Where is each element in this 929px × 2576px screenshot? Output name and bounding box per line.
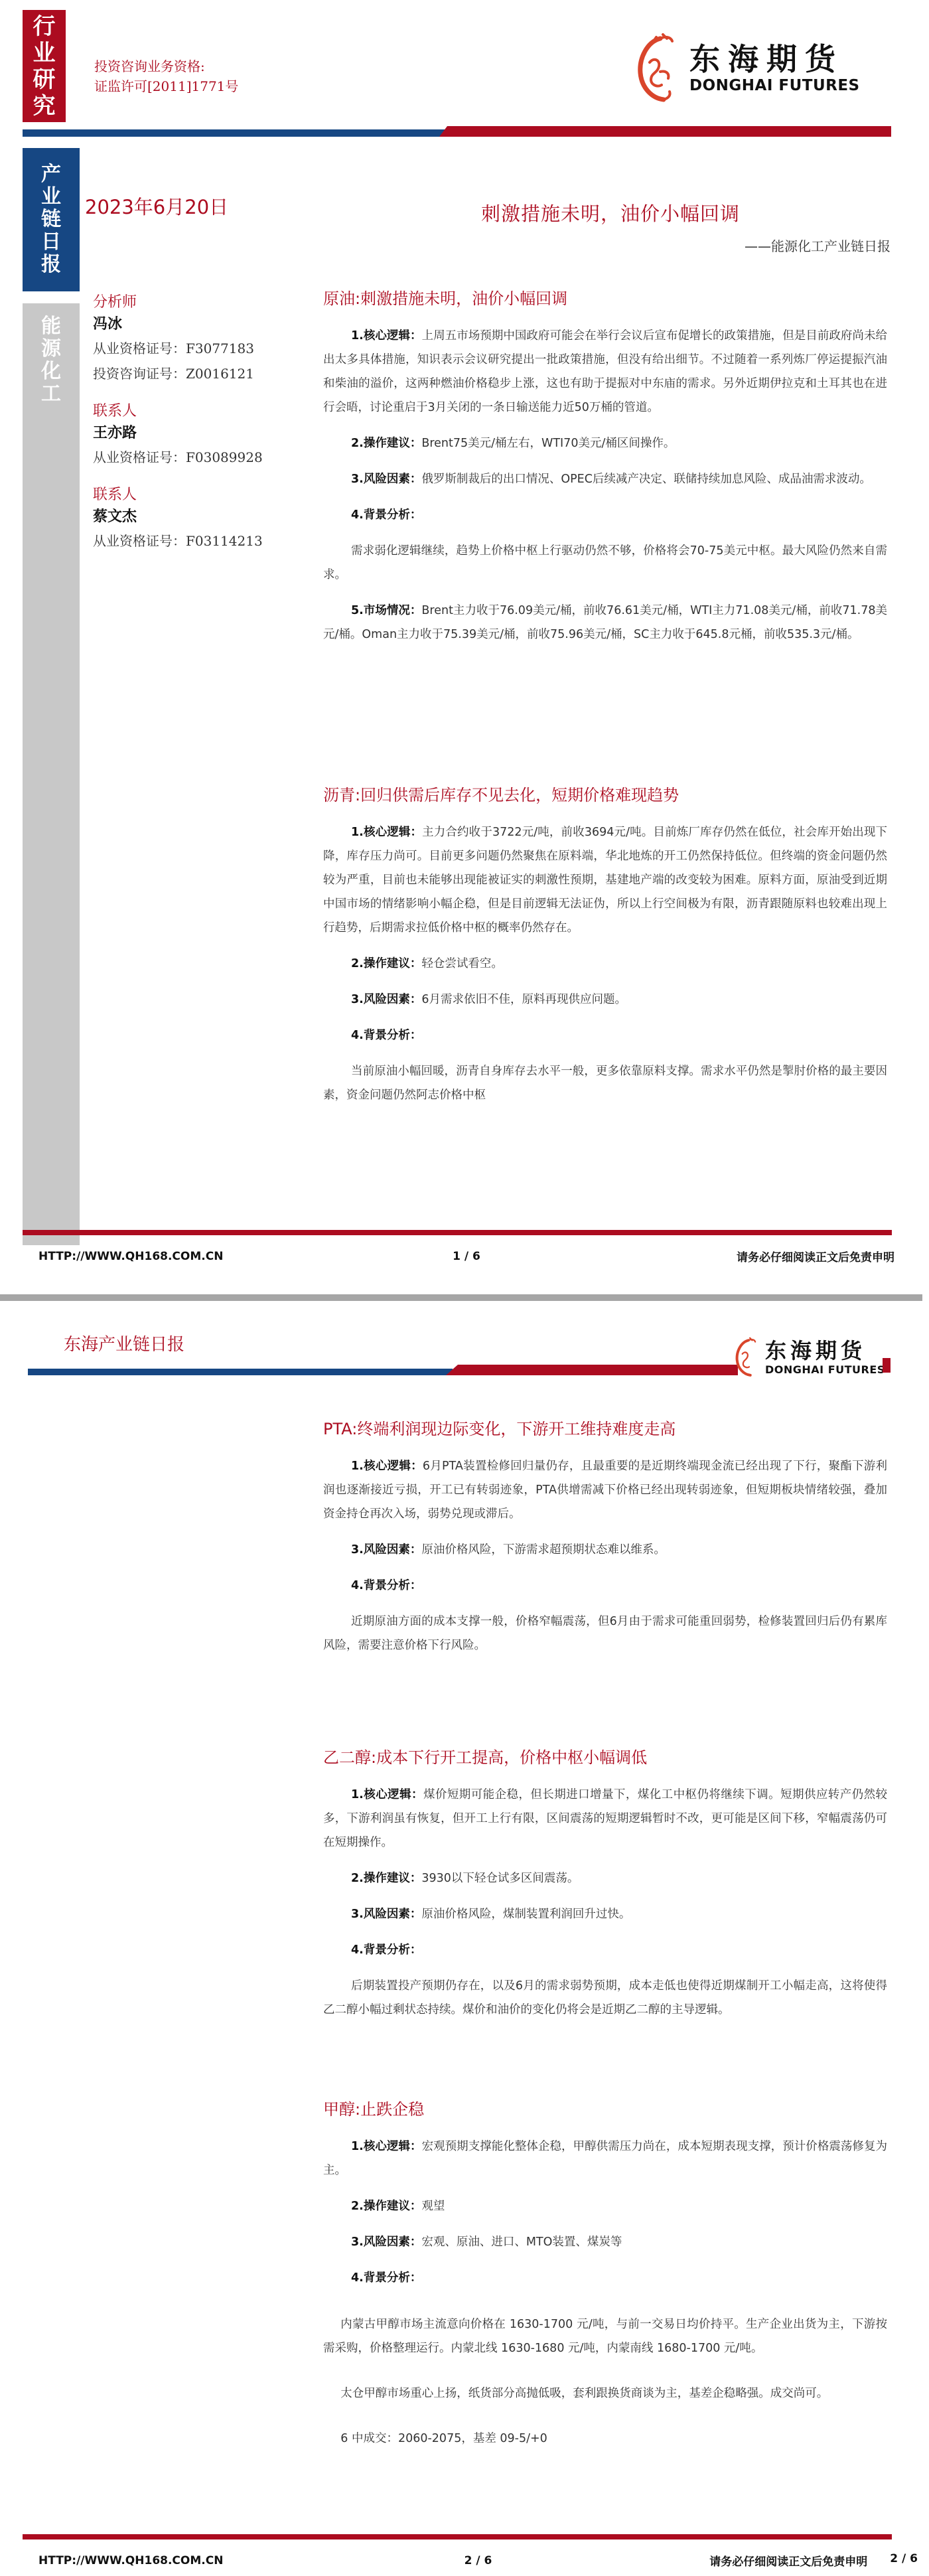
- analyst-block: 分析师 冯冰 从业资格证号：F3077183 投资咨询证号：Z0016121: [93, 292, 305, 386]
- disclaimer-note: 请务必仔细阅读正文后免责申明: [709, 2552, 867, 2569]
- tag-char: 能: [41, 315, 61, 338]
- risk-factors-paragraph: 3.风险因素：俄罗斯制裁后的出口情况、OPEC后续减产决定、联储持续加息风险、成…: [323, 467, 887, 491]
- para-text: 主力合约收于3722元/吨，前收3694元/吨。目前炼厂库存仍然在低位，社会库开…: [323, 826, 887, 935]
- para-text: Brent75美元/桶左右，WTI70美元/桶区间操作。: [421, 437, 675, 450]
- tag-char: 业: [33, 40, 56, 66]
- contact-role: 联系人: [93, 485, 305, 506]
- page-number: 2 / 6: [412, 2554, 545, 2567]
- core-logic-paragraph: 1.核心逻辑：6月PTA装置检修回归量仍存，且最重要的是近期终端现金流已经出现了…: [323, 1454, 887, 1526]
- header-red-tab: [883, 1358, 891, 1373]
- para-text: 俄罗斯制裁后的出口情况、OPEC后续减产决定、联储持续加息风险、成品油需求波动。: [421, 473, 871, 486]
- para-label: 2.操作建议：: [351, 437, 421, 450]
- background-label: 4.背景分析：: [323, 1938, 887, 1962]
- para-label: 3.风险因素：: [351, 1908, 421, 1921]
- para-label: 4.背景分析：: [351, 1579, 421, 1592]
- core-logic-paragraph: 1.核心逻辑：宏观预期支撑能化整体企稳，甲醇供需压力尚在，成本短期表现支撑，预计…: [323, 2135, 887, 2182]
- page-separator: [0, 1294, 922, 1301]
- contact-block: 联系人 王亦路 从业资格证号：F03089928: [93, 401, 305, 470]
- section-asphalt: 沥青:回归供需后库存不见去化，短期价格难现趋势 1.核心逻辑：主力合约收于372…: [323, 783, 887, 1119]
- operation-advice-paragraph: 2.操作建议：轻仓尝试看空。: [323, 952, 887, 976]
- license-info: 投资咨询业务资格: 证监许可[2011]1771号: [94, 56, 238, 96]
- background-paragraph: 当前原油小幅回暖，沥青自身库存去水平一般，更多依靠原料支撑。需求水平仍然是掣肘价…: [323, 1059, 887, 1107]
- report-date: 2023年6月20日: [85, 192, 228, 220]
- background-label: 4.背景分析：: [323, 1023, 887, 1047]
- category-tag-industry-research: 行 业 研 究: [23, 10, 66, 122]
- report-title: 刺激措施未明，油价小幅回调: [398, 199, 823, 226]
- operation-advice-paragraph: 2.操作建议：Brent75美元/桶左右，WTI70美元/桶区间操作。: [323, 431, 887, 455]
- website-link[interactable]: HTTP://WWW.QH168.COM.CN: [38, 1250, 304, 1263]
- core-logic-paragraph: 1.核心逻辑：主力合约收于3722元/吨，前收3694元/吨。目前炼厂库存仍然在…: [323, 820, 887, 940]
- contact-name: 蔡文杰: [93, 506, 305, 528]
- para-text: 轻仓尝试看空。: [421, 957, 503, 970]
- trade-summary: 6 中成交：2060-2075，基差 09-5/+0: [323, 2427, 887, 2451]
- para-label: 1.核心逻辑：: [351, 2140, 422, 2153]
- tag-char: 业: [41, 186, 61, 208]
- risk-factors-paragraph: 3.风险因素：6月需求依旧不佳，原料再现供应问题。: [323, 988, 887, 1012]
- contact-role: 分析师: [93, 292, 305, 313]
- para-text: 6月需求依旧不佳，原料再现供应问题。: [421, 993, 626, 1006]
- tag-char: 研: [33, 66, 56, 93]
- background-paragraph: 近期原油方面的成本支撑一般，价格窄幅震荡，但6月由于需求可能重回弱势，检修装置回…: [323, 1610, 887, 1657]
- para-label: 5.市场情况：: [351, 604, 421, 617]
- para-label: 1.核心逻辑：: [351, 826, 422, 839]
- section-crude-oil: 原油:刺激措施未明，油价小幅回调 1.核心逻辑：上周五市场预期中国政府可能会在举…: [323, 287, 887, 658]
- tag-char: 链: [41, 208, 61, 231]
- contact-license: 投资咨询证号：Z0016121: [93, 361, 305, 386]
- para-label: 4.背景分析：: [351, 2271, 421, 2285]
- donghai-futures-logo: 东海期货 DONGHAI FUTURES: [733, 1331, 885, 1384]
- page-number-right: 2 / 6: [890, 2552, 918, 2569]
- tag-char: 源: [41, 338, 61, 360]
- report-subtitle: ——能源化工产业链日报: [745, 236, 891, 255]
- contact-block: 联系人 蔡文杰 从业资格证号：F03114213: [93, 485, 305, 554]
- para-text: 原油价格风险，下游需求超预期状态难以维系。: [421, 1543, 666, 1556]
- tag-char: 化: [41, 360, 61, 383]
- market-paragraph: 5.市场情况：Brent主力收于76.09美元/桶，前收76.61美元/桶，WT…: [323, 599, 887, 646]
- footer-red-bar: [23, 2534, 892, 2539]
- risk-factors-paragraph: 3.风险因素：宏观、原油、进口、MTO装置、煤炭等: [323, 2230, 887, 2254]
- website-link[interactable]: HTTP://WWW.QH168.COM.CN: [38, 2554, 304, 2567]
- logo-cn-text: 东海期货: [689, 42, 860, 76]
- para-text: 宏观、原油、进口、MTO装置、煤炭等: [421, 2235, 622, 2249]
- page-footer: HTTP://WWW.QH168.COM.CN 1 / 6 请务必仔细阅读正文后…: [38, 1248, 894, 1264]
- para-text: 3930以下轻仓试多区间震荡。: [421, 1872, 579, 1885]
- header-blue-bar: [23, 129, 447, 137]
- para-label: 1.核心逻辑：: [351, 329, 422, 342]
- dragon-logo-icon: [733, 1331, 760, 1384]
- operation-advice-paragraph: 2.操作建议：3930以下轻仓试多区间震荡。: [323, 1866, 887, 1890]
- background-paragraph: 太仓甲醇市场重心上扬，纸货部分高抛低吸，套利跟换货商谈为主，基差企稳略强。成交尚…: [323, 2382, 887, 2405]
- para-label: 1.核心逻辑：: [351, 1460, 423, 1473]
- para-label: 4.背景分析：: [351, 1943, 421, 1957]
- footer-right: 请务必仔细阅读正文后免责申明 2 / 6: [652, 2552, 918, 2569]
- donghai-futures-logo: 东海期货 DONGHAI FUTURES: [634, 32, 860, 105]
- header-red-bar: [446, 1365, 738, 1375]
- logo-cn-text: 东海期货: [765, 1338, 885, 1363]
- contact-license: 从业资格证号：F03114213: [93, 528, 305, 554]
- para-label: 3.风险因素：: [351, 1543, 421, 1556]
- para-label: 1.核心逻辑：: [351, 1788, 423, 1801]
- category-tag-daily-report: 产 业 链 日 报: [23, 148, 80, 291]
- para-label: 3.风险因素：: [351, 993, 421, 1006]
- section-title: PTA:终端利润现边际变化，下游开工维持难度走高: [323, 1417, 887, 1441]
- license-line-2: 证监许可[2011]1771号: [94, 76, 238, 96]
- tag-char: 产: [41, 163, 61, 186]
- logo-en-text: DONGHAI FUTURES: [765, 1363, 885, 1377]
- para-label: 4.背景分析：: [351, 508, 421, 522]
- header-red-bar: [439, 126, 891, 137]
- background-label: 4.背景分析：: [323, 1574, 887, 1598]
- section-title: 原油:刺激措施未明，油价小幅回调: [323, 287, 887, 311]
- background-label: 4.背景分析：: [323, 503, 887, 527]
- license-line-1: 投资咨询业务资格:: [94, 56, 238, 76]
- category-tag-energy-chemical: 能 源 化 工: [23, 303, 80, 1245]
- para-text: 原油价格风险，煤制装置利润回升过快。: [421, 1908, 630, 1921]
- contact-license: 从业资格证号：F03089928: [93, 445, 305, 470]
- para-label: 3.风险因素：: [351, 2235, 421, 2249]
- logo-en-text: DONGHAI FUTURES: [689, 76, 860, 95]
- core-logic-paragraph: 1.核心逻辑：上周五市场预期中国政府可能会在举行会议后宣布促增长的政策措施，但是…: [323, 324, 887, 419]
- contact-name: 冯冰: [93, 313, 305, 336]
- section-title: 乙二醇:成本下行开工提高，价格中枢小幅调低: [323, 1746, 887, 1770]
- page-number: 1 / 6: [400, 1250, 533, 1263]
- tag-char: 究: [33, 93, 56, 119]
- para-label: 4.背景分析：: [351, 1029, 421, 1042]
- tag-char: 报: [41, 254, 61, 276]
- background-paragraph: 需求弱化逻辑继续，趋势上价格中枢上行驱动仍然不够，价格将会70-75美元中枢。最…: [323, 539, 887, 587]
- header-blue-bar: [28, 1369, 453, 1375]
- section-ethylene-glycol: 乙二醇:成本下行开工提高，价格中枢小幅调低 1.核心逻辑：煤价短期可能企稳，但长…: [323, 1746, 887, 2034]
- risk-factors-paragraph: 3.风险因素：原油价格风险，煤制装置利润回升过快。: [323, 1902, 887, 1926]
- tag-char: 日: [41, 231, 61, 254]
- contacts-panel: 分析师 冯冰 从业资格证号：F3077183 投资咨询证号：Z0016121 联…: [93, 292, 305, 568]
- footer-red-bar: [23, 1230, 892, 1235]
- dragon-logo-icon: [634, 32, 680, 105]
- disclaimer-note: 请务必仔细阅读正文后免责申明: [629, 1248, 894, 1264]
- page-footer: HTTP://WWW.QH168.COM.CN 2 / 6 请务必仔细阅读正文后…: [38, 2552, 918, 2569]
- section-methanol: 甲醇:止跌企稳 1.核心逻辑：宏观预期支撑能化整体企稳，甲醇供需压力尚在，成本短…: [323, 2097, 887, 2462]
- core-logic-paragraph: 1.核心逻辑：煤价短期可能企稳，但长期进口增量下，煤化工中枢仍将继续下调。短期供…: [323, 1783, 887, 1855]
- operation-advice-paragraph: 2.操作建议：观望: [323, 2194, 887, 2218]
- para-label: 3.风险因素：: [351, 473, 421, 486]
- running-header-title: 东海产业链日报: [64, 1331, 184, 1355]
- tag-char: 行: [33, 13, 56, 40]
- background-paragraph: 内蒙古甲醇市场主流意向价格在 1630-1700 元/吨，与前一交易日均价持平。…: [323, 2312, 887, 2360]
- risk-factors-paragraph: 3.风险因素：原油价格风险，下游需求超预期状态难以维系。: [323, 1538, 887, 1562]
- para-text: 观望: [421, 2200, 445, 2213]
- section-pta: PTA:终端利润现边际变化，下游开工维持难度走高 1.核心逻辑：6月PTA装置检…: [323, 1417, 887, 1669]
- contact-name: 王亦路: [93, 422, 305, 445]
- background-paragraph: 后期装置投产预期仍存在，以及6月的需求弱势预期，成本走低也使得近期煤制开工小幅走…: [323, 1974, 887, 2022]
- contact-license: 从业资格证号：F3077183: [93, 336, 305, 361]
- background-label: 4.背景分析：: [323, 2266, 887, 2290]
- section-title: 沥青:回归供需后库存不见去化，短期价格难现趋势: [323, 783, 887, 807]
- para-label: 2.操作建议：: [351, 957, 421, 970]
- para-label: 2.操作建议：: [351, 1872, 421, 1885]
- tag-char: 工: [41, 383, 61, 406]
- section-title: 甲醇:止跌企稳: [323, 2097, 887, 2121]
- contact-role: 联系人: [93, 401, 305, 422]
- para-label: 2.操作建议：: [351, 2200, 421, 2213]
